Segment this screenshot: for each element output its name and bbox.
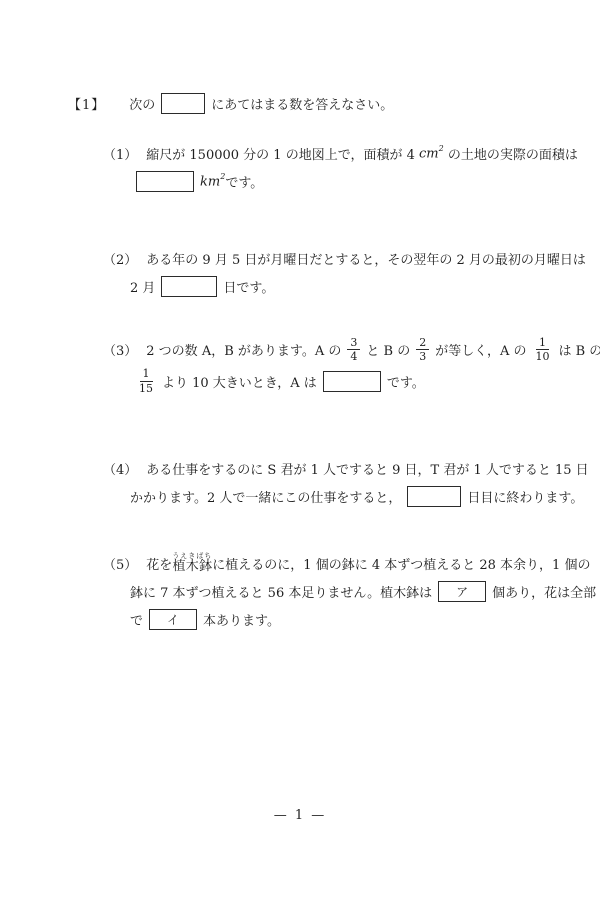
fraction-numerator: 1	[140, 367, 153, 381]
fraction-denominator: 3	[416, 350, 429, 363]
answer-box	[323, 371, 381, 392]
exam-page: 【1】 次のにあてはまる数を答えなさい。 （1） 縮尺が 150000 分の 1…	[0, 0, 600, 900]
answer-box	[161, 93, 205, 114]
fraction: 34	[347, 336, 360, 363]
text-run: かかります。2 人で一緒にこの仕事をすると，	[130, 487, 401, 506]
text-run: に植えるのに，1 個の鉢に 4 本ずつ植えると 28 本余り，1 個の	[212, 554, 590, 573]
text-run: です。	[225, 172, 263, 191]
answer-box-label: イ	[167, 611, 179, 628]
answer-box: イ	[149, 609, 197, 630]
problem-4-line-1: （4） ある仕事をするのに S 君が 1 人ですると 9 日，T 君が 1 人で…	[103, 456, 573, 480]
problem-3-line-1: （3） 2 つの数 A，B があります。A の34と B の23が等しく，A の…	[103, 336, 573, 363]
problem-number: （5）	[103, 554, 137, 573]
answer-box-label: ア	[456, 583, 468, 600]
text-run: 縮尺が 150000 分の 1 の地図上で，面積が 4	[146, 144, 419, 163]
problem-number: （1）	[103, 144, 137, 163]
fraction-numerator: 1	[536, 336, 549, 350]
ruby-word: 植木鉢うえきばち	[172, 552, 212, 574]
text-run: と B の	[366, 340, 410, 359]
text-run: が等しく，A の	[435, 340, 526, 359]
problem-1-line-1: （1） 縮尺が 150000 分の 1 の地図上で，面積が 4 cm2 の土地の…	[103, 141, 573, 165]
text-run: より 10 大きいとき，A は	[162, 372, 317, 391]
text-run: は B の	[558, 340, 600, 359]
text-run: ある年の 9 月 5 日が月曜日だとすると，その翌年の 2 月の最初の月曜日は	[146, 249, 586, 268]
text-run: 2 月	[130, 277, 155, 296]
fraction-numerator: 3	[347, 336, 360, 350]
problem-1-line-2: km2です。	[103, 169, 573, 193]
unit-label: cm2	[419, 145, 444, 161]
fraction-denominator: 4	[347, 350, 360, 363]
text-run: で	[130, 610, 143, 629]
problem-1: （1） 縮尺が 150000 分の 1 の地図上で，面積が 4 cm2 の土地の…	[103, 141, 573, 197]
problem-4-line-2: かかります。2 人で一緒にこの仕事をすると，日目に終わります。	[103, 484, 573, 508]
problem-5-line-3: でイ本あります。	[103, 607, 573, 631]
text-run: 本あります。	[203, 610, 280, 629]
problem-number: （2）	[103, 249, 137, 268]
text-run: にあてはまる数を答えなさい。	[211, 94, 393, 113]
text-run: 個あり，花は全部	[492, 582, 596, 601]
problem-5-line-2: 鉢に 7 本ずつ植えると 56 本足りません。植木鉢はア個あり，花は全部	[103, 579, 573, 603]
text-run: 鉢に 7 本ずつ植えると 56 本足りません。植木鉢は	[130, 582, 432, 601]
answer-box: ア	[438, 581, 486, 602]
problem-2-line-1: （2） ある年の 9 月 5 日が月曜日だとすると，その翌年の 2 月の最初の月…	[103, 246, 573, 270]
fraction: 115	[136, 367, 156, 394]
unit-label: km2	[200, 173, 225, 189]
question-set-header: 【1】 次のにあてはまる数を答えなさい。	[68, 93, 393, 114]
text-run: 日目に終わります。	[467, 487, 583, 506]
text-run: の土地の実際の面積は	[444, 144, 578, 163]
answer-box	[407, 486, 461, 507]
problem-2: （2） ある年の 9 月 5 日が月曜日だとすると，その翌年の 2 月の最初の月…	[103, 246, 573, 302]
text-run: 2 つの数 A，B があります。A の	[146, 340, 341, 359]
answer-box	[161, 276, 217, 297]
problem-number: （3）	[103, 340, 137, 359]
problem-number: （4）	[103, 459, 137, 478]
fraction: 110	[532, 336, 552, 363]
problem-5: （5） 花を植木鉢うえきばちに植えるのに，1 個の鉢に 4 本ずつ植えると 28…	[103, 551, 573, 635]
text-run: 次の	[129, 94, 155, 113]
page-number: — 1 —	[0, 808, 600, 823]
fraction: 23	[416, 336, 429, 363]
answer-box	[136, 171, 194, 192]
problem-2-line-2: 2 月日です。	[103, 274, 573, 298]
text-run: 花を	[146, 554, 172, 573]
fraction-denominator: 15	[136, 382, 156, 395]
text-run: ある仕事をするのに S 君が 1 人ですると 9 日，T 君が 1 人ですると …	[146, 459, 588, 478]
text-run: 日です。	[223, 277, 274, 296]
fraction-denominator: 10	[532, 350, 552, 363]
problem-3-line-2: 115より 10 大きいとき，A はです。	[103, 367, 573, 394]
problem-5-line-1: （5） 花を植木鉢うえきばちに植えるのに，1 個の鉢に 4 本ずつ植えると 28…	[103, 551, 573, 575]
problem-4: （4） ある仕事をするのに S 君が 1 人ですると 9 日，T 君が 1 人で…	[103, 456, 573, 512]
text-run: です。	[387, 372, 425, 391]
fraction-numerator: 2	[416, 336, 429, 350]
question-set-number: 【1】	[68, 94, 105, 113]
problem-3: （3） 2 つの数 A，B があります。A の34と B の23が等しく，A の…	[103, 336, 573, 399]
